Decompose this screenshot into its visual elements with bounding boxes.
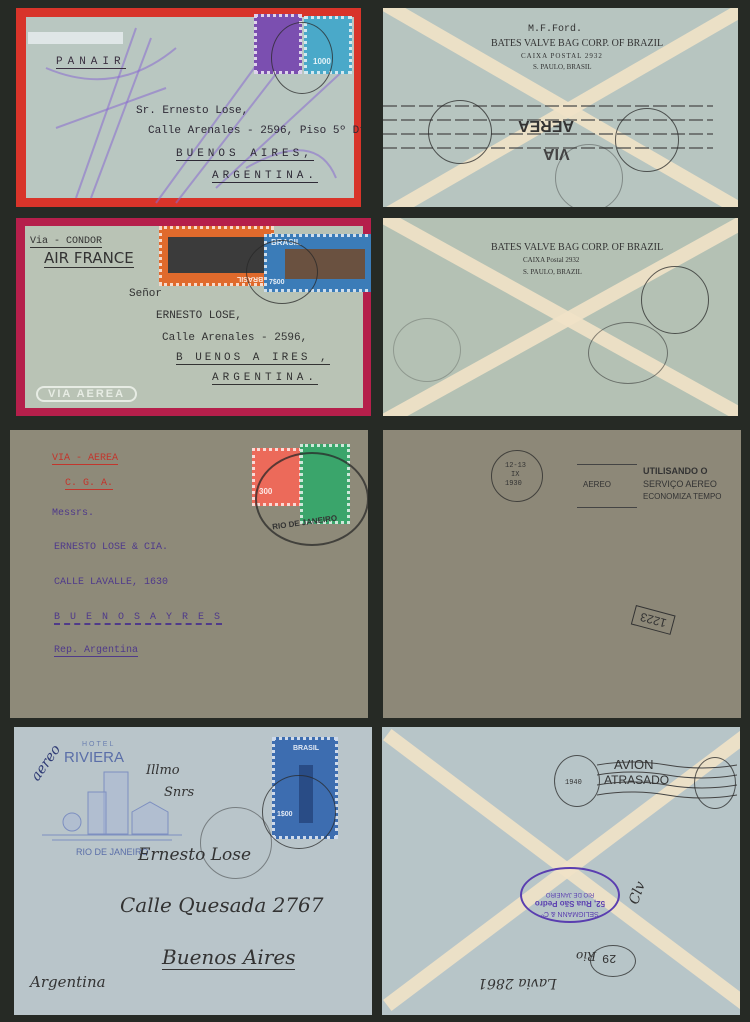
slogan-left: AEREO (583, 480, 611, 489)
recipient-name: ERNESTO LOSE & CIA. (54, 542, 168, 553)
box-number: 1223 (631, 605, 675, 635)
sender-handstamp: SELIGMANN & Cº 52, Rua São Pedro RIO DE … (520, 867, 620, 923)
salutation: Señor (129, 288, 162, 300)
salutation-2: Snrs (164, 785, 194, 800)
slogan-line-1: AVION (614, 757, 654, 772)
cover-4-front: aereo HOTEL RIVIERA RIO DE JANEIRO Illmo… (14, 727, 372, 1015)
cover-3-front: VIA - AEREA C. G. A. 300 RIO DE JANEIRO … (10, 430, 368, 718)
cover-3-back: 12-13 IX 1930 AEREO UTILISANDO O SERVIÇO… (383, 430, 741, 718)
airmail-etiquette: VIA AEREA (36, 386, 137, 402)
slogan-line-1: UTILISANDO O (643, 466, 708, 476)
postmark (200, 807, 272, 879)
sender-line-2: 52, Rua São Pedro (522, 899, 618, 908)
postmark-year: 1930 (505, 480, 522, 488)
cover-1-front: PANAIR 1000 Sr. Ernesto Lose, Calle Aren… (16, 8, 361, 207)
recipient-street: Calle Quesada 2767 (120, 893, 324, 917)
postmark (588, 322, 668, 384)
recipient-city: B U E N O S A Y R E S (54, 612, 222, 625)
slogan-line-2: ATRASADO (604, 773, 669, 787)
recipient-street: Calle Arenales - 2596, Piso 5º Dto.E (148, 125, 361, 137)
route-label: Via - CONDOR (30, 236, 102, 248)
postmark (246, 240, 318, 304)
hotel-small: HOTEL (82, 741, 115, 748)
recipient-name: Ernesto Lose (138, 845, 251, 865)
cover-2-back: BATES VALVE BAG CORP. OF BRAZIL CAIXA Po… (383, 218, 738, 416)
note-address: Lavia 2861 (478, 975, 556, 991)
postmark (641, 266, 709, 334)
postmark (615, 108, 679, 172)
recipient-street: Calle Arenales - 2596, (162, 332, 307, 344)
recipient-city: B UENOS A IRES , (176, 352, 330, 365)
airmail-label: PANAIR (56, 56, 126, 69)
postmark-year: 1940 (565, 779, 582, 787)
note-initials: Clv (626, 879, 649, 906)
slogan-line-3: ECONOMIZA TEMPO (643, 492, 722, 501)
sender-company: BATES VALVE BAG CORP. OF BRAZIL (491, 242, 663, 253)
slogan-line-2: SERVIÇO AEREO (643, 479, 717, 489)
cover-4-back: 1940 AVION ATRASADO SELIGMANN & Cº 52, R… (382, 727, 740, 1015)
recipient-city: Buenos Aires (162, 945, 295, 970)
cancel-text: AEREA (518, 116, 574, 134)
airline-label: AIR FRANCE (44, 249, 134, 268)
postmark-month: IX (511, 471, 519, 479)
sender-name: M.F.Ford. (528, 24, 582, 35)
postmark (555, 144, 623, 207)
recipient-country: Argentina (30, 973, 106, 991)
hotel-name: RIVIERA (64, 749, 124, 766)
cover-1-back: M.F.Ford. BATES VALVE BAG CORP. OF BRAZI… (383, 8, 738, 207)
recipient-country: ARGENTINA. (212, 372, 318, 385)
sender-company: BATES VALVE BAG CORP. OF BRAZIL (491, 38, 663, 49)
sender-box: CAIXA POSTAL 2932 (521, 52, 603, 60)
postmark (393, 318, 461, 382)
note-city: Rio (576, 949, 596, 963)
postmark (262, 775, 336, 849)
postmark-date: 12-13 (505, 462, 526, 470)
hotel-building-icon (42, 767, 182, 847)
route-label: VIA - AEREA (52, 453, 118, 465)
recipient-city: BUENOS AIRES, (176, 148, 314, 161)
recipient-street: CALLE LAVALLE, 1630 (54, 577, 168, 588)
sender-line-3: RIO DE JANEIRO (522, 891, 618, 897)
service-label: C. G. A. (65, 478, 113, 490)
salutation-1: Illmo (146, 763, 180, 778)
box-number: 29 (602, 951, 616, 965)
recipient-name: ERNESTO LOSE, (156, 310, 242, 322)
salutation: Messrs. (52, 508, 94, 519)
postmark (428, 100, 492, 164)
airmail-etiquette (28, 32, 123, 44)
recipient-country: Rep. Argentina (54, 645, 138, 657)
sender-city: S. PAULO, BRASIL (533, 63, 591, 71)
postmark (255, 452, 368, 546)
postmark (694, 757, 736, 809)
cover-2-front: Via - CONDOR AIR FRANCE BRASIL BRASIL 7$… (16, 218, 371, 416)
recipient-name: Sr. Ernesto Lose, (136, 105, 248, 117)
recipient-country: ARGENTINA. (212, 170, 318, 183)
postmark (271, 22, 333, 94)
sender-line-1: SELIGMANN & Cº (522, 910, 618, 917)
sender-box: CAIXA Postal 2932 (523, 256, 579, 264)
sender-city: S. PAULO, BRAZIL (523, 268, 582, 276)
